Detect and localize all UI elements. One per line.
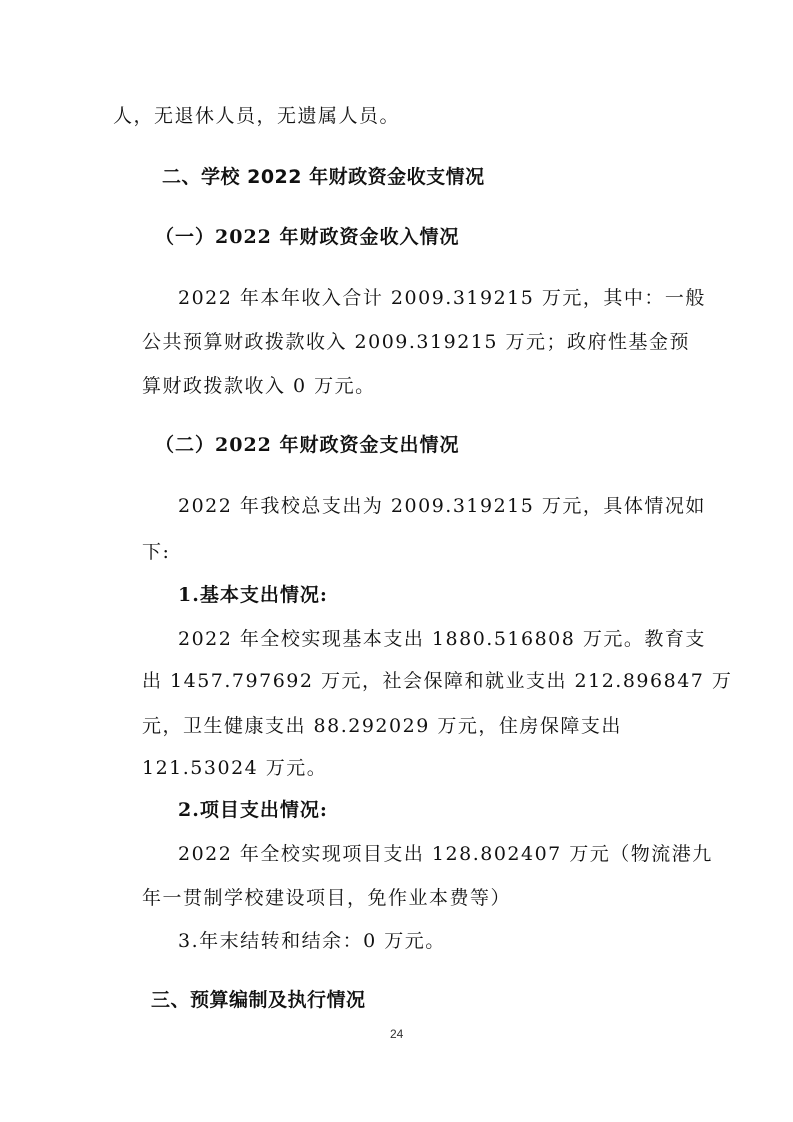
paragraph-line: 公共预算财政拨款收入 2009.319215 万元；政府性基金预 <box>142 330 690 354</box>
paragraph-line: 人，无退休人员，无遗属人员。 <box>113 104 400 128</box>
paragraph-line: 2022 年全校实现基本支出 1880.516808 万元。教育支 <box>178 627 706 651</box>
item-heading-project-expenditure: 2.项目支出情况: <box>178 798 328 822</box>
section-heading-2: 二、学校 2022 年财政资金收支情况 <box>162 165 485 189</box>
item-heading-basic-expenditure: 1.基本支出情况: <box>178 583 328 607</box>
paragraph-line: 2022 年我校总支出为 2009.319215 万元，具体情况如 <box>178 494 706 518</box>
paragraph-line: 下: <box>142 540 170 564</box>
paragraph-line: 年一贯制学校建设项目，免作业本费等） <box>142 886 511 910</box>
paragraph-line: 2022 年全校实现项目支出 128.802407 万元（物流港九 <box>178 842 713 866</box>
subsection-heading-income: （一）2022 年财政资金收入情况 <box>155 225 460 249</box>
page-number: 24 <box>390 1027 403 1041</box>
paragraph-line: 3.年末结转和结余：0 万元。 <box>178 929 446 953</box>
paragraph-line: 121.53024 万元。 <box>142 756 327 780</box>
paragraph-line: 2022 年本年收入合计 2009.319215 万元，其中：一般 <box>178 286 706 310</box>
subsection-heading-expenditure: （二）2022 年财政资金支出情况 <box>155 433 460 457</box>
section-heading-3: 三、预算编制及执行情况 <box>151 988 366 1012</box>
paragraph-line: 算财政拨款收入 0 万元。 <box>142 374 376 398</box>
paragraph-line: 元，卫生健康支出 88.292029 万元，住房保障支出 <box>142 714 622 738</box>
paragraph-line: 出 1457.797692 万元，社会保障和就业支出 212.896847 万 <box>142 669 732 693</box>
